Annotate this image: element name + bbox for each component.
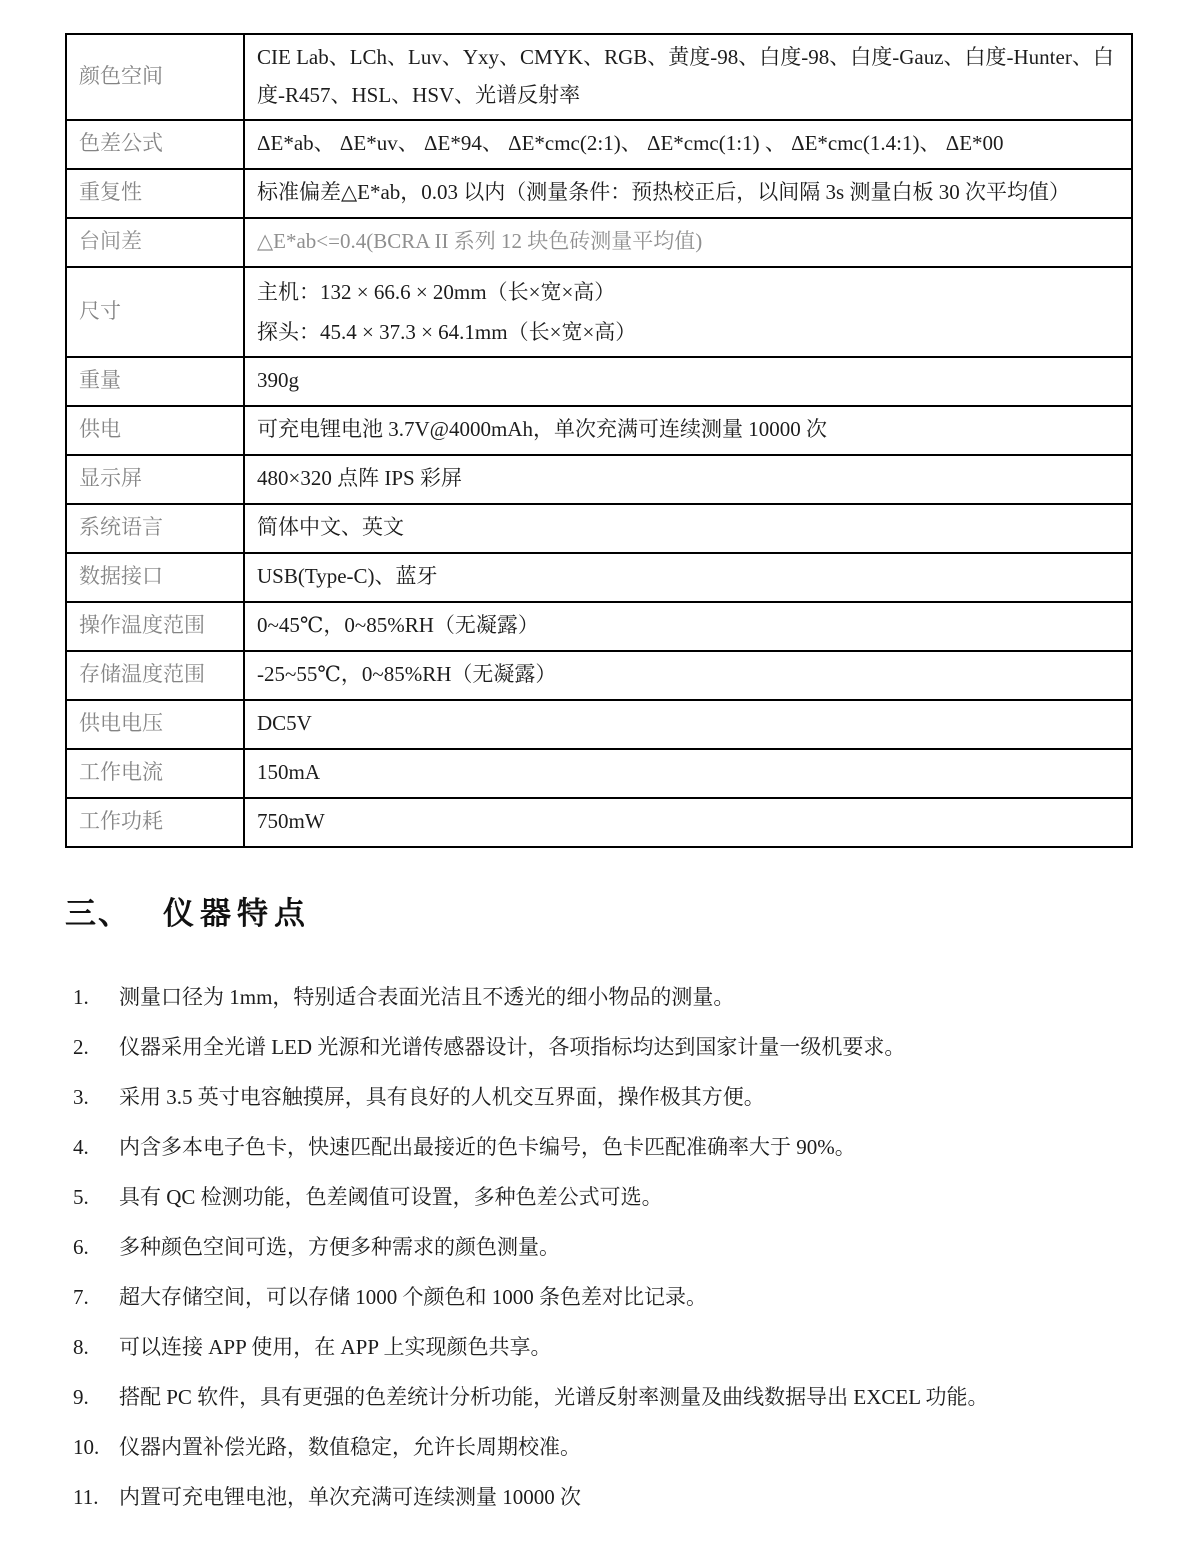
list-item-number: 6.	[73, 1233, 119, 1262]
list-item: 1. 测量口径为 1mm，特别适合表面光洁且不透光的细小物品的测量。	[73, 983, 1133, 1012]
list-item: 9. 搭配 PC 软件，具有更强的色差统计分析功能，光谱反射率测量及曲线数据导出…	[73, 1383, 1133, 1412]
list-item: 10. 仪器内置补偿光路，数值稳定，允许长周期校准。	[73, 1433, 1133, 1462]
list-item-number: 9.	[73, 1383, 119, 1412]
spec-row: 工作功耗 750mW	[66, 798, 1132, 847]
spec-row: 数据接口 USB(Type-C)、蓝牙	[66, 553, 1132, 602]
spec-value: 480×320 点阵 IPS 彩屏	[244, 455, 1132, 504]
spec-label: 重量	[66, 357, 244, 406]
spec-label: 重复性	[66, 169, 244, 218]
spec-value: 简体中文、英文	[244, 504, 1132, 553]
spec-table: 颜色空间 CIE Lab、LCh、Luv、Yxy、CMYK、RGB、黄度-98、…	[65, 33, 1133, 848]
section-number: 三、	[65, 896, 131, 931]
list-item-text: 搭配 PC 软件，具有更强的色差统计分析功能，光谱反射率测量及曲线数据导出 EX…	[119, 1383, 1133, 1412]
list-item-text: 仪器采用全光谱 LED 光源和光谱传感器设计，各项指标均达到国家计量一级机要求。	[119, 1033, 1133, 1062]
spec-label: 系统语言	[66, 504, 244, 553]
list-item: 7. 超大存储空间，可以存储 1000 个颜色和 1000 条色差对比记录。	[73, 1283, 1133, 1312]
spec-value-line: 探头：45.4 × 37.3 × 64.1mm（长×宽×高）	[257, 312, 1121, 352]
spec-row: 色差公式 ΔE*ab、 ΔE*uv、 ΔE*94、 ΔE*cmc(2:1)、 Δ…	[66, 120, 1132, 169]
list-item: 5. 具有 QC 检测功能，色差阈值可设置，多种色差公式可选。	[73, 1183, 1133, 1212]
spec-label: 存储温度范围	[66, 651, 244, 700]
spec-value-line: 主机：132 × 66.6 × 20mm（长×宽×高）	[257, 272, 1121, 312]
features-list: 1. 测量口径为 1mm，特别适合表面光洁且不透光的细小物品的测量。 2. 仪器…	[65, 983, 1133, 1512]
spec-value: 390g	[244, 357, 1132, 406]
spec-label: 显示屏	[66, 455, 244, 504]
list-item-number: 2.	[73, 1033, 119, 1062]
section-heading: 三、仪器特点	[65, 888, 1133, 933]
list-item: 6. 多种颜色空间可选，方便多种需求的颜色测量。	[73, 1233, 1133, 1262]
spec-value: -25~55℃，0~85%RH（无凝露）	[244, 651, 1132, 700]
spec-label: 操作温度范围	[66, 602, 244, 651]
spec-row: 供电电压 DC5V	[66, 700, 1132, 749]
spec-label: 工作功耗	[66, 798, 244, 847]
list-item-text: 测量口径为 1mm，特别适合表面光洁且不透光的细小物品的测量。	[119, 983, 1133, 1012]
spec-value: ΔE*ab、 ΔE*uv、 ΔE*94、 ΔE*cmc(2:1)、 ΔE*cmc…	[244, 120, 1132, 169]
spec-row: 显示屏 480×320 点阵 IPS 彩屏	[66, 455, 1132, 504]
list-item-number: 11.	[73, 1483, 119, 1512]
spec-value: 0~45℃，0~85%RH（无凝露）	[244, 602, 1132, 651]
list-item-number: 7.	[73, 1283, 119, 1312]
spec-row: 重量 390g	[66, 357, 1132, 406]
spec-row: 颜色空间 CIE Lab、LCh、Luv、Yxy、CMYK、RGB、黄度-98、…	[66, 34, 1132, 120]
document-page: 颜色空间 CIE Lab、LCh、Luv、Yxy、CMYK、RGB、黄度-98、…	[0, 0, 1198, 1566]
list-item: 2. 仪器采用全光谱 LED 光源和光谱传感器设计，各项指标均达到国家计量一级机…	[73, 1033, 1133, 1062]
list-item-number: 10.	[73, 1433, 119, 1462]
list-item-text: 内含多本电子色卡，快速匹配出最接近的色卡编号，色卡匹配准确率大于 90%。	[119, 1133, 1133, 1162]
list-item: 4. 内含多本电子色卡，快速匹配出最接近的色卡编号，色卡匹配准确率大于 90%。	[73, 1133, 1133, 1162]
list-item-text: 采用 3.5 英寸电容触摸屏，具有良好的人机交互界面，操作极其方便。	[119, 1083, 1133, 1112]
spec-label: 工作电流	[66, 749, 244, 798]
spec-value: 主机：132 × 66.6 × 20mm（长×宽×高） 探头：45.4 × 37…	[244, 267, 1132, 357]
spec-row-muted: 台间差 △E*ab<=0.4(BCRA II 系列 12 块色砖测量平均值)	[66, 218, 1132, 267]
spec-value: CIE Lab、LCh、Luv、Yxy、CMYK、RGB、黄度-98、白度-98…	[244, 34, 1132, 120]
spec-row: 重复性 标准偏差△E*ab，0.03 以内（测量条件：预热校正后，以间隔 3s …	[66, 169, 1132, 218]
list-item: 11. 内置可充电锂电池，单次充满可连续测量 10000 次	[73, 1483, 1133, 1512]
list-item-text: 具有 QC 检测功能，色差阈值可设置，多种色差公式可选。	[119, 1183, 1133, 1212]
spec-label: 供电	[66, 406, 244, 455]
spec-value: 可充电锂电池 3.7V@4000mAh，单次充满可连续测量 10000 次	[244, 406, 1132, 455]
spec-row: 系统语言 简体中文、英文	[66, 504, 1132, 553]
list-item-text: 仪器内置补偿光路，数值稳定，允许长周期校准。	[119, 1433, 1133, 1462]
spec-label: 颜色空间	[66, 34, 244, 120]
spec-value: 标准偏差△E*ab，0.03 以内（测量条件：预热校正后，以间隔 3s 测量白板…	[244, 169, 1132, 218]
spec-value: USB(Type-C)、蓝牙	[244, 553, 1132, 602]
list-item-number: 3.	[73, 1083, 119, 1112]
spec-label: 供电电压	[66, 700, 244, 749]
list-item-number: 4.	[73, 1133, 119, 1162]
spec-row: 存储温度范围 -25~55℃，0~85%RH（无凝露）	[66, 651, 1132, 700]
list-item-text: 内置可充电锂电池，单次充满可连续测量 10000 次	[119, 1483, 1133, 1512]
spec-label: 尺寸	[66, 267, 244, 357]
spec-value: 750mW	[244, 798, 1132, 847]
spec-row: 操作温度范围 0~45℃，0~85%RH（无凝露）	[66, 602, 1132, 651]
spec-row: 尺寸 主机：132 × 66.6 × 20mm（长×宽×高） 探头：45.4 ×…	[66, 267, 1132, 357]
spec-label: 数据接口	[66, 553, 244, 602]
list-item-number: 5.	[73, 1183, 119, 1212]
list-item: 3. 采用 3.5 英寸电容触摸屏，具有良好的人机交互界面，操作极其方便。	[73, 1083, 1133, 1112]
spec-value: 150mA	[244, 749, 1132, 798]
list-item-text: 可以连接 APP 使用，在 APP 上实现颜色共享。	[119, 1333, 1133, 1362]
spec-row: 工作电流 150mA	[66, 749, 1132, 798]
spec-label: 色差公式	[66, 120, 244, 169]
list-item-text: 超大存储空间，可以存储 1000 个颜色和 1000 条色差对比记录。	[119, 1283, 1133, 1312]
spec-value: △E*ab<=0.4(BCRA II 系列 12 块色砖测量平均值)	[244, 218, 1132, 267]
list-item-number: 1.	[73, 983, 119, 1012]
list-item-number: 8.	[73, 1333, 119, 1362]
section-title: 仪器特点	[163, 896, 311, 931]
list-item: 8. 可以连接 APP 使用，在 APP 上实现颜色共享。	[73, 1333, 1133, 1362]
spec-value: DC5V	[244, 700, 1132, 749]
spec-row: 供电 可充电锂电池 3.7V@4000mAh，单次充满可连续测量 10000 次	[66, 406, 1132, 455]
spec-label: 台间差	[66, 218, 244, 267]
list-item-text: 多种颜色空间可选，方便多种需求的颜色测量。	[119, 1233, 1133, 1262]
